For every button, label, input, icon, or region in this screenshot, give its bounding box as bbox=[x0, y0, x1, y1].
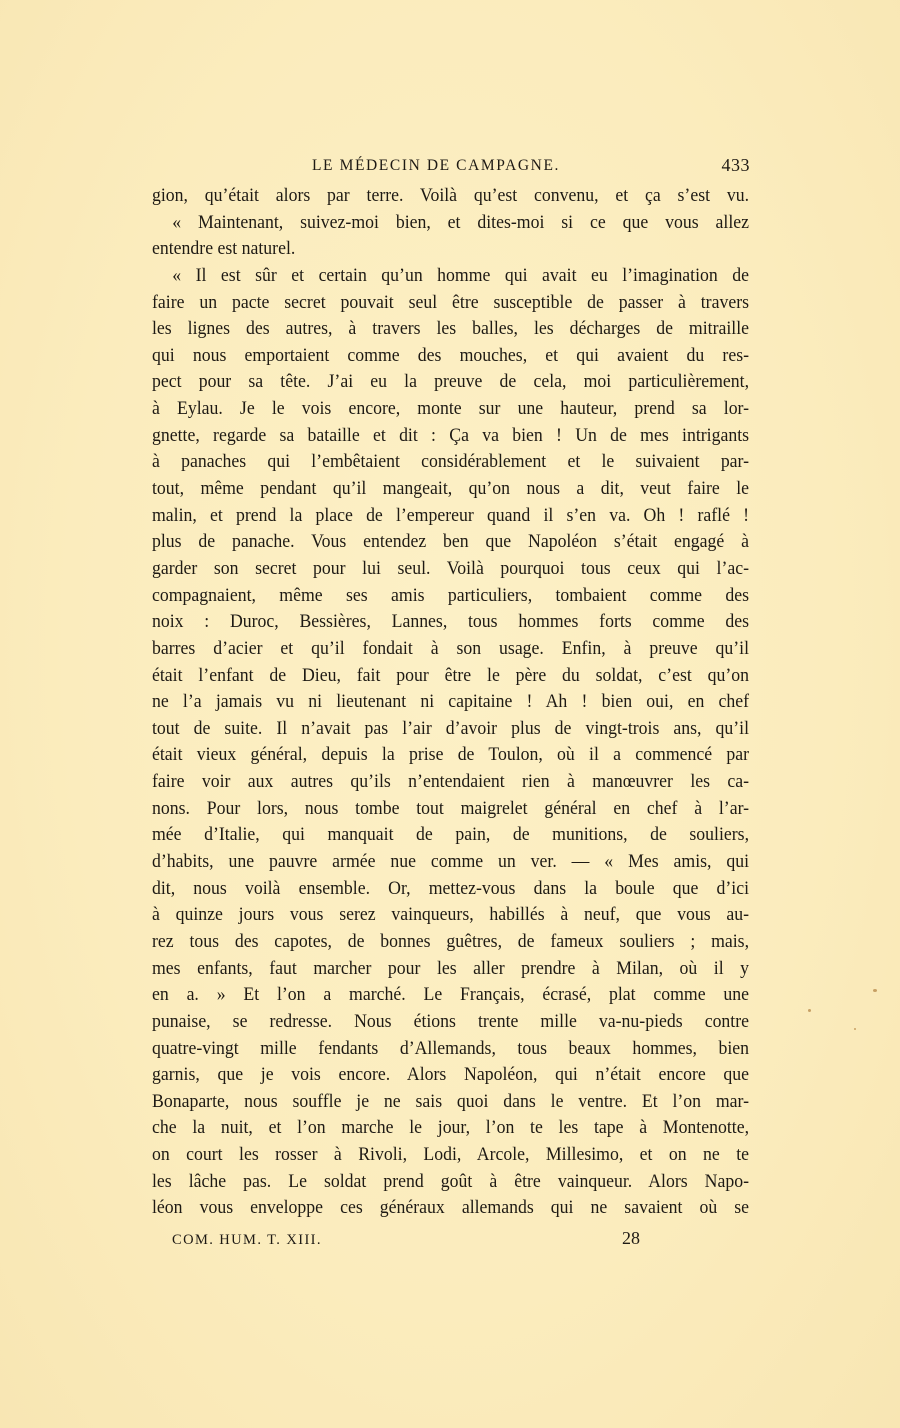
paper-speck bbox=[808, 1009, 811, 1012]
text-line: garnis, que je vois encore. Alors Napolé… bbox=[152, 1062, 749, 1089]
text-line: gnette, regarde sa bataille et dit : Ça … bbox=[152, 423, 749, 450]
body-text: gion, qu’était alors par terre. Voilà qu… bbox=[152, 183, 749, 1222]
text-line: on court les rosser à Rivoli, Lodi, Arco… bbox=[152, 1142, 749, 1169]
text-line: malin, et prend la place de l’empereur q… bbox=[152, 503, 749, 530]
text-line: en a. » Et l’on a marché. Le Français, é… bbox=[152, 982, 749, 1009]
text-line: tout, même pendant qu’il mangeait, qu’on… bbox=[152, 476, 749, 503]
text-line: garder son secret pour lui seul. Voilà p… bbox=[152, 556, 749, 583]
text-line: léon vous enveloppe ces généraux alleman… bbox=[152, 1195, 749, 1222]
text-line: d’habits, une pauvre armée nue comme un … bbox=[152, 849, 749, 876]
paper-speck bbox=[873, 989, 877, 992]
text-line: plus de panache. Vous entendez ben que N… bbox=[152, 529, 749, 556]
text-line: punaise, se redresse. Nous étions trente… bbox=[152, 1009, 749, 1036]
text-line: mes enfants, faut marcher pour les aller… bbox=[152, 956, 749, 983]
page-number: 433 bbox=[722, 155, 751, 176]
text-line: quatre-vingt mille fendants d’Allemands,… bbox=[152, 1036, 749, 1063]
text-line: faire un pacte secret pouvait seul être … bbox=[152, 290, 749, 317]
running-head: LE MÉDECIN DE CAMPAGNE. 433 bbox=[152, 155, 750, 179]
text-line: était l’enfant de Dieu, fait pour être l… bbox=[152, 663, 749, 690]
text-line: che la nuit, et l’on marche le jour, l’o… bbox=[152, 1115, 749, 1142]
signature-mark: COM. HUM. T. XIII. bbox=[172, 1232, 322, 1249]
text-line: barres d’acier et qu’il fondait à son us… bbox=[152, 636, 749, 663]
text-line: tout de suite. Il n’avait pas l’air d’av… bbox=[152, 716, 749, 743]
book-page: LE MÉDECIN DE CAMPAGNE. 433 gion, qu’éta… bbox=[0, 0, 900, 1428]
text-line: gion, qu’était alors par terre. Voilà qu… bbox=[152, 183, 749, 210]
text-line: était vieux général, depuis la prise de … bbox=[152, 742, 749, 769]
text-line: qui nous emportaient comme des mouches, … bbox=[152, 343, 749, 370]
text-line: à Eylau. Je le vois encore, monte sur un… bbox=[152, 396, 749, 423]
text-line: mée d’Italie, qui manquait de pain, de m… bbox=[152, 822, 749, 849]
text-line: les lignes des autres, à travers les bal… bbox=[152, 316, 749, 343]
text-line: faire voir aux autres qu’ils n’entendaie… bbox=[152, 769, 749, 796]
text-line: les lâche pas. Le soldat prend goût à êt… bbox=[152, 1169, 749, 1196]
text-line: pect pour sa tête. J’ai eu la preuve de … bbox=[152, 369, 749, 396]
text-line: à quinze jours vous serez vainqueurs, ha… bbox=[152, 902, 749, 929]
page-footer: COM. HUM. T. XIII. 28 bbox=[152, 1228, 749, 1254]
text-line: nons. Pour lors, nous tombe tout maigrel… bbox=[152, 796, 749, 823]
text-line: à panaches qui l’embêtaient considérable… bbox=[152, 449, 749, 476]
text-line: dit, nous voilà ensemble. Or, mettez-vou… bbox=[152, 876, 749, 903]
text-line: rez tous des capotes, de bonnes guêtres,… bbox=[152, 929, 749, 956]
text-line: compagnaient, même ses amis particuliers… bbox=[152, 583, 749, 610]
paper-speck bbox=[854, 1028, 856, 1030]
text-line: entendre est naturel. bbox=[152, 236, 749, 263]
running-title: LE MÉDECIN DE CAMPAGNE. bbox=[152, 157, 750, 175]
text-line: noix : Duroc, Bessières, Lannes, tous ho… bbox=[152, 609, 749, 636]
text-line: « Maintenant, suivez-moi bien, et dites-… bbox=[152, 210, 749, 237]
sheet-number: 28 bbox=[622, 1228, 640, 1249]
text-line: ne l’a jamais vu ni lieutenant ni capita… bbox=[152, 689, 749, 716]
text-line: « Il est sûr et certain qu’un homme qui … bbox=[152, 263, 749, 290]
text-line: Bonaparte, nous souffle je ne sais quoi … bbox=[152, 1089, 749, 1116]
